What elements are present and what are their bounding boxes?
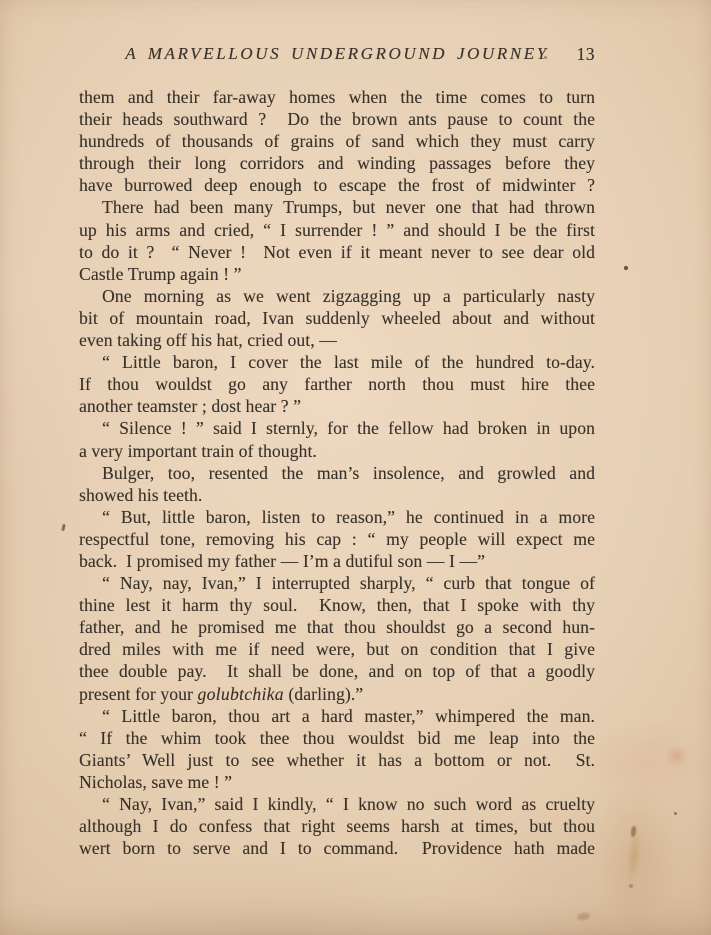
text-line: to do it ? “ Never ! Not even if it mean… [79,241,595,263]
text-line: “ Little baron, thou art a hard master,”… [79,705,595,727]
text-line: back. I promised my father — I’m a dutif… [79,550,595,572]
text-line: although I do confess that right seems h… [79,815,595,837]
paragraph: There had been many Trumps, but never on… [79,196,595,284]
text-line: thee double pay. It shall be done, and o… [79,660,595,682]
ink-speck [623,265,628,270]
paper-stain-dot [629,884,633,888]
text-line: father, and he promised me that thou sho… [79,616,595,638]
text-line: Castle Trump again ! ” [79,263,595,285]
text-line: bit of mountain road, Ivan suddenly whee… [79,307,595,329]
paper-stain [622,819,645,892]
paragraph: them and their far-away homes when the t… [79,86,595,196]
page-text: them and their far-away homes when the t… [79,86,595,859]
paragraph: One morning as we went zigzagging up a p… [79,285,595,351]
text-line: a very important train of thought. [79,440,595,462]
text-line: Nicholas, save me ! ” [79,771,595,793]
text-line: their heads southward ? Do the brown ant… [79,108,595,130]
paper-stain-core [630,826,636,838]
book-page: A MARVELLOUS UNDERGROUND JOURNEY 13 them… [0,0,711,935]
paragraph: “ Silence ! ” said I sternly, for the fe… [79,417,595,461]
text-line: present for your golubtchika (darling).” [79,683,595,705]
text-line: have burrowed deep enough to escape the … [79,174,595,196]
margin-mark [61,524,65,531]
paragraph: Bulger, too, resented the man’s insolenc… [79,462,595,506]
paragraph: “ Little baron, thou art a hard master,”… [79,705,595,793]
text-line: “ Little baron, I cover the last mile of… [79,351,595,373]
text-line: wert born to serve and I to command. Pro… [79,837,595,859]
text-line: even taking off his hat, cried out, — [79,329,595,351]
text-line: If thou wouldst go any farther north tho… [79,373,595,395]
text-line: thine lest it harm thy soul. Know, then,… [79,594,595,616]
printers-dot [544,56,547,59]
paragraph: “ Little baron, I cover the last mile of… [79,351,595,417]
text-line: “ Nay, Ivan,” said I kindly, “ I know no… [79,793,595,815]
text-line: hundreds of thousands of grains of sand … [79,130,595,152]
paragraph: “ Nay, Ivan,” said I kindly, “ I know no… [79,793,595,859]
text-line: “ If the whim took thee thou wouldst bid… [79,727,595,749]
red-smudge [662,742,692,770]
text-line: dred miles with me if need were, but on … [79,638,595,660]
small-speck [674,812,677,815]
bottom-smudge [576,912,590,922]
text-line: through their long corridors and winding… [79,152,595,174]
text-line: showed his teeth. [79,484,595,506]
text-line: respectful tone, removing his cap : “ my… [79,528,595,550]
text-line: There had been many Trumps, but never on… [79,196,595,218]
text-line: Giants’ Well just to see whether it has … [79,749,595,771]
text-line: Bulger, too, resented the man’s insolenc… [79,462,595,484]
text-line: up his arms and cried, “ I surrender ! ”… [79,219,595,241]
text-line: “ Nay, nay, Ivan,” I interrupted sharply… [79,572,595,594]
paragraph: “ But, little baron, listen to reason,” … [79,506,595,572]
text-line: One morning as we went zigzagging up a p… [79,285,595,307]
text-line: another teamster ; dost hear ? ” [79,395,595,417]
page-number: 13 [577,44,596,65]
text-line: “ Silence ! ” said I sternly, for the fe… [79,417,595,439]
text-line: them and their far-away homes when the t… [79,86,595,108]
paragraph: “ Nay, nay, Ivan,” I interrupted sharply… [79,572,595,705]
running-head-title: A MARVELLOUS UNDERGROUND JOURNEY [125,44,549,63]
text-line: “ But, little baron, listen to reason,” … [79,506,595,528]
running-head: A MARVELLOUS UNDERGROUND JOURNEY 13 [79,44,595,64]
